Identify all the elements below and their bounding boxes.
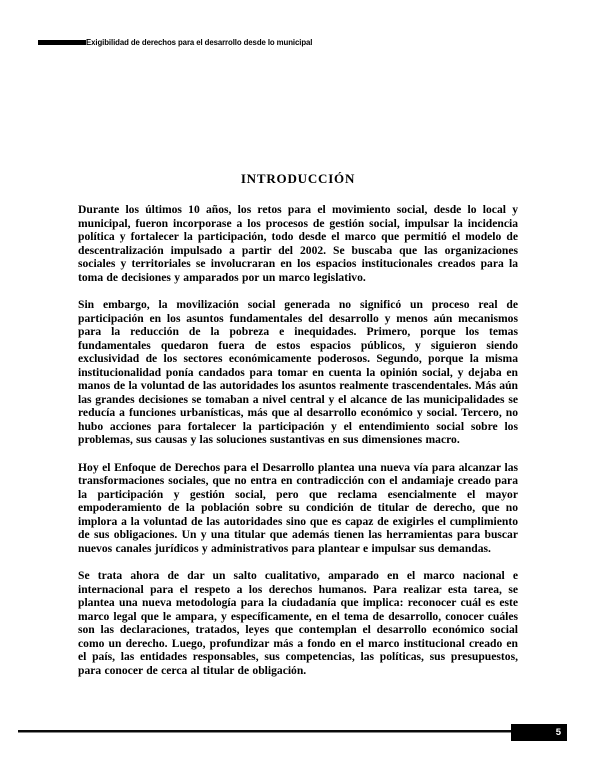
section-title: INTRODUCCIÓN bbox=[78, 171, 518, 187]
page-number: 5 bbox=[556, 727, 561, 738]
running-header-title: Exigibilidad de derechos para el desarro… bbox=[86, 37, 312, 47]
document-page: Exigibilidad de derechos para el desarro… bbox=[0, 0, 600, 776]
header-rule bbox=[38, 40, 86, 45]
paragraph: Durante los últimos 10 años, los retos p… bbox=[78, 203, 518, 284]
paragraph: Hoy el Enfoque de Derechos para el Desar… bbox=[78, 461, 518, 556]
page-number-box: 5 bbox=[511, 724, 567, 741]
paragraph: Se trata ahora de dar un salto cualitati… bbox=[78, 569, 518, 677]
page-body: INTRODUCCIÓN Durante los últimos 10 años… bbox=[78, 171, 518, 691]
paragraph: Sin embargo, la movilización social gene… bbox=[78, 298, 518, 447]
footer-rule bbox=[18, 730, 512, 733]
running-header: Exigibilidad de derechos para el desarro… bbox=[38, 37, 570, 47]
